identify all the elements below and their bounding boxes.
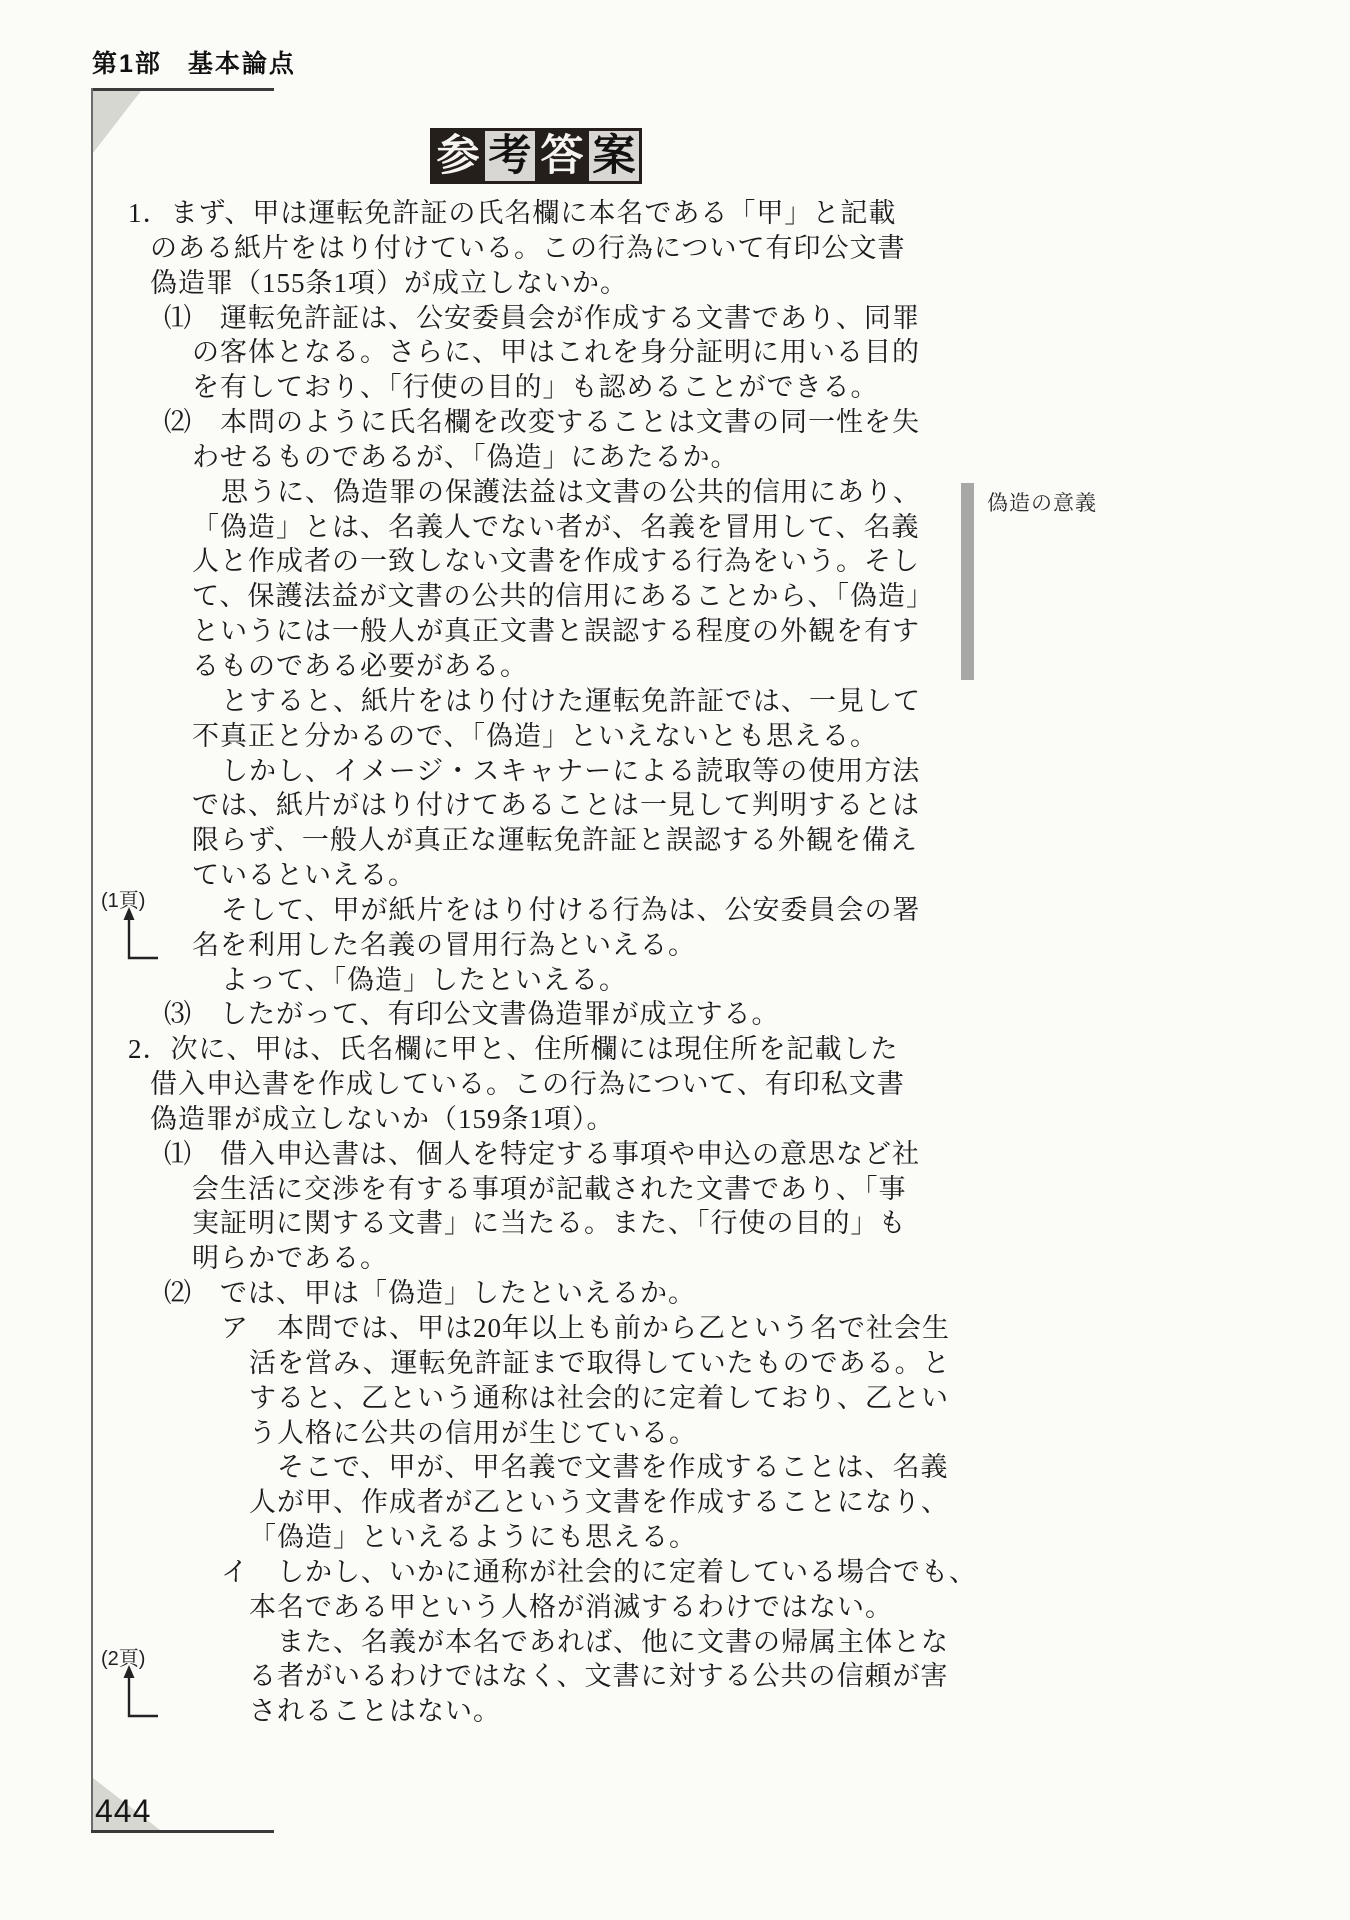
body-line: 本名である甲という人格が消滅するわけではない。	[249, 1590, 958, 1625]
body-line: とすると、紙片をはり付けた運転免許証では、一見して	[221, 684, 958, 719]
body-line: う人格に公共の信用が生じている。	[249, 1416, 958, 1451]
answer-title: 参 考 答 案	[430, 128, 642, 184]
body-line: を有しており、「行使の目的」も認めることができる。	[192, 370, 958, 405]
body-line: 明らかである。	[192, 1241, 958, 1276]
body-line: ⑵ では、甲は「偽造」したといえるか。	[164, 1276, 958, 1311]
body-line: ⑴ 借入申込書は、個人を特定する事項や申込の意思など社	[164, 1137, 958, 1172]
part-label: 第1部	[92, 50, 162, 78]
title-char: 参	[433, 131, 483, 181]
body-line: イ しかし、いかに通称が社会的に定着している場合でも、	[221, 1555, 958, 1590]
body-line: ⑶ したがって、有印公文書偽造罪が成立する。	[164, 997, 958, 1032]
running-head: 第1部基本論点	[92, 44, 296, 80]
body-line: 不真正と分かるので、「偽造」といえないとも思える。	[192, 719, 958, 754]
body-line: 2．次に、甲は、氏名欄に甲と、住所欄には現住所を記載した	[128, 1032, 958, 1067]
body-line: ⑴ 運転免許証は、公安委員会が作成する文書であり、同罪	[164, 301, 958, 336]
body-line: わせるものであるが、「偽造」にあたるか。	[192, 440, 958, 475]
body-line: 限らず、一般人が真正な運転免許証と誤認する外観を備え	[192, 823, 958, 858]
body-line: る者がいるわけではなく、文書に対する公共の信頼が害	[249, 1659, 958, 1694]
body-line: て、保護法益が文書の公共的信用にあることから、「偽造」	[192, 579, 958, 614]
body-line: よって、「偽造」したといえる。	[221, 963, 958, 998]
body-line: 実証明に関する文書」に当たる。また、「行使の目的」も	[192, 1206, 958, 1241]
body-line: 借入申込書を作成している。この行為について、有印私文書	[150, 1067, 958, 1102]
body-line: ているといえる。	[192, 858, 958, 893]
body-line: 会生活に交渉を有する事項が記載された文書であり、「事	[192, 1172, 958, 1207]
title-char: 考	[485, 131, 535, 181]
margin-note-label: 偽造の意義	[987, 487, 1097, 517]
page-marker-arrow-icon	[118, 906, 166, 964]
body-line: というには一般人が真正文書と誤認する程度の外観を有す	[192, 614, 958, 649]
body-line: 「偽造」といえるようにも思える。	[249, 1520, 958, 1555]
body-line: されることはない。	[249, 1694, 958, 1729]
body-line: では、紙片がはり付けてあることは一見して判明するとは	[192, 788, 958, 823]
book-page: 第1部基本論点 参 考 答 案 1．まず、甲は運転免許証の氏名欄に本名である「甲…	[0, 0, 1350, 1920]
title-char: 答	[537, 131, 587, 181]
body-line: 偽造罪が成立しないか（159条1項）。	[150, 1102, 958, 1137]
body-line: 名を利用した名義の冒用行為といえる。	[192, 928, 958, 963]
body-line: 偽造罪（155条1項）が成立しないか。	[150, 266, 958, 301]
body-line: 1．まず、甲は運転免許証の氏名欄に本名である「甲」と記載	[128, 196, 958, 231]
body-line: 人と作成者の一致しない文書を作成する行為をいう。そし	[192, 544, 958, 579]
section-label: 基本論点	[188, 50, 296, 78]
corner-triangle-top	[93, 91, 143, 155]
body-text: 1．まず、甲は運転免許証の氏名欄に本名である「甲」と記載のある紙片をはり付けてい…	[128, 196, 958, 1729]
body-line: のある紙片をはり付けている。この行為について有印公文書	[150, 231, 958, 266]
body-line: ア 本問では、甲は20年以上も前から乙という名で社会生	[221, 1311, 958, 1346]
left-border-line	[91, 88, 93, 1832]
margin-note-bar	[961, 483, 974, 680]
page-number: 444	[95, 1793, 151, 1830]
title-char: 案	[589, 131, 639, 181]
body-line: また、名義が本名であれば、他に文書の帰属主体とな	[277, 1625, 958, 1660]
page-marker-arrow-icon	[118, 1664, 166, 1722]
body-line: すると、乙という通称は社会的に定着しており、乙とい	[249, 1381, 958, 1416]
body-line: そして、甲が紙片をはり付ける行為は、公安委員会の署	[221, 893, 958, 928]
body-line: るものである必要がある。	[192, 649, 958, 684]
body-line: 活を営み、運転免許証まで取得していたものである。と	[249, 1346, 958, 1381]
footer-rule	[91, 1830, 274, 1833]
body-line: ⑵ 本問のように氏名欄を改変することは文書の同一性を失	[164, 405, 958, 440]
body-line: 「偽造」とは、名義人でない者が、名義を冒用して、名義	[192, 510, 958, 545]
body-line: そこで、甲が、甲名義で文書を作成することは、名義	[277, 1450, 958, 1485]
body-line: 人が甲、作成者が乙という文書を作成することになり、	[249, 1485, 958, 1520]
body-line: の客体となる。さらに、甲はこれを身分証明に用いる目的	[192, 335, 958, 370]
body-line: しかし、イメージ・スキャナーによる読取等の使用方法	[221, 754, 958, 789]
body-line: 思うに、偽造罪の保護法益は文書の公共的信用にあり、	[221, 475, 958, 510]
